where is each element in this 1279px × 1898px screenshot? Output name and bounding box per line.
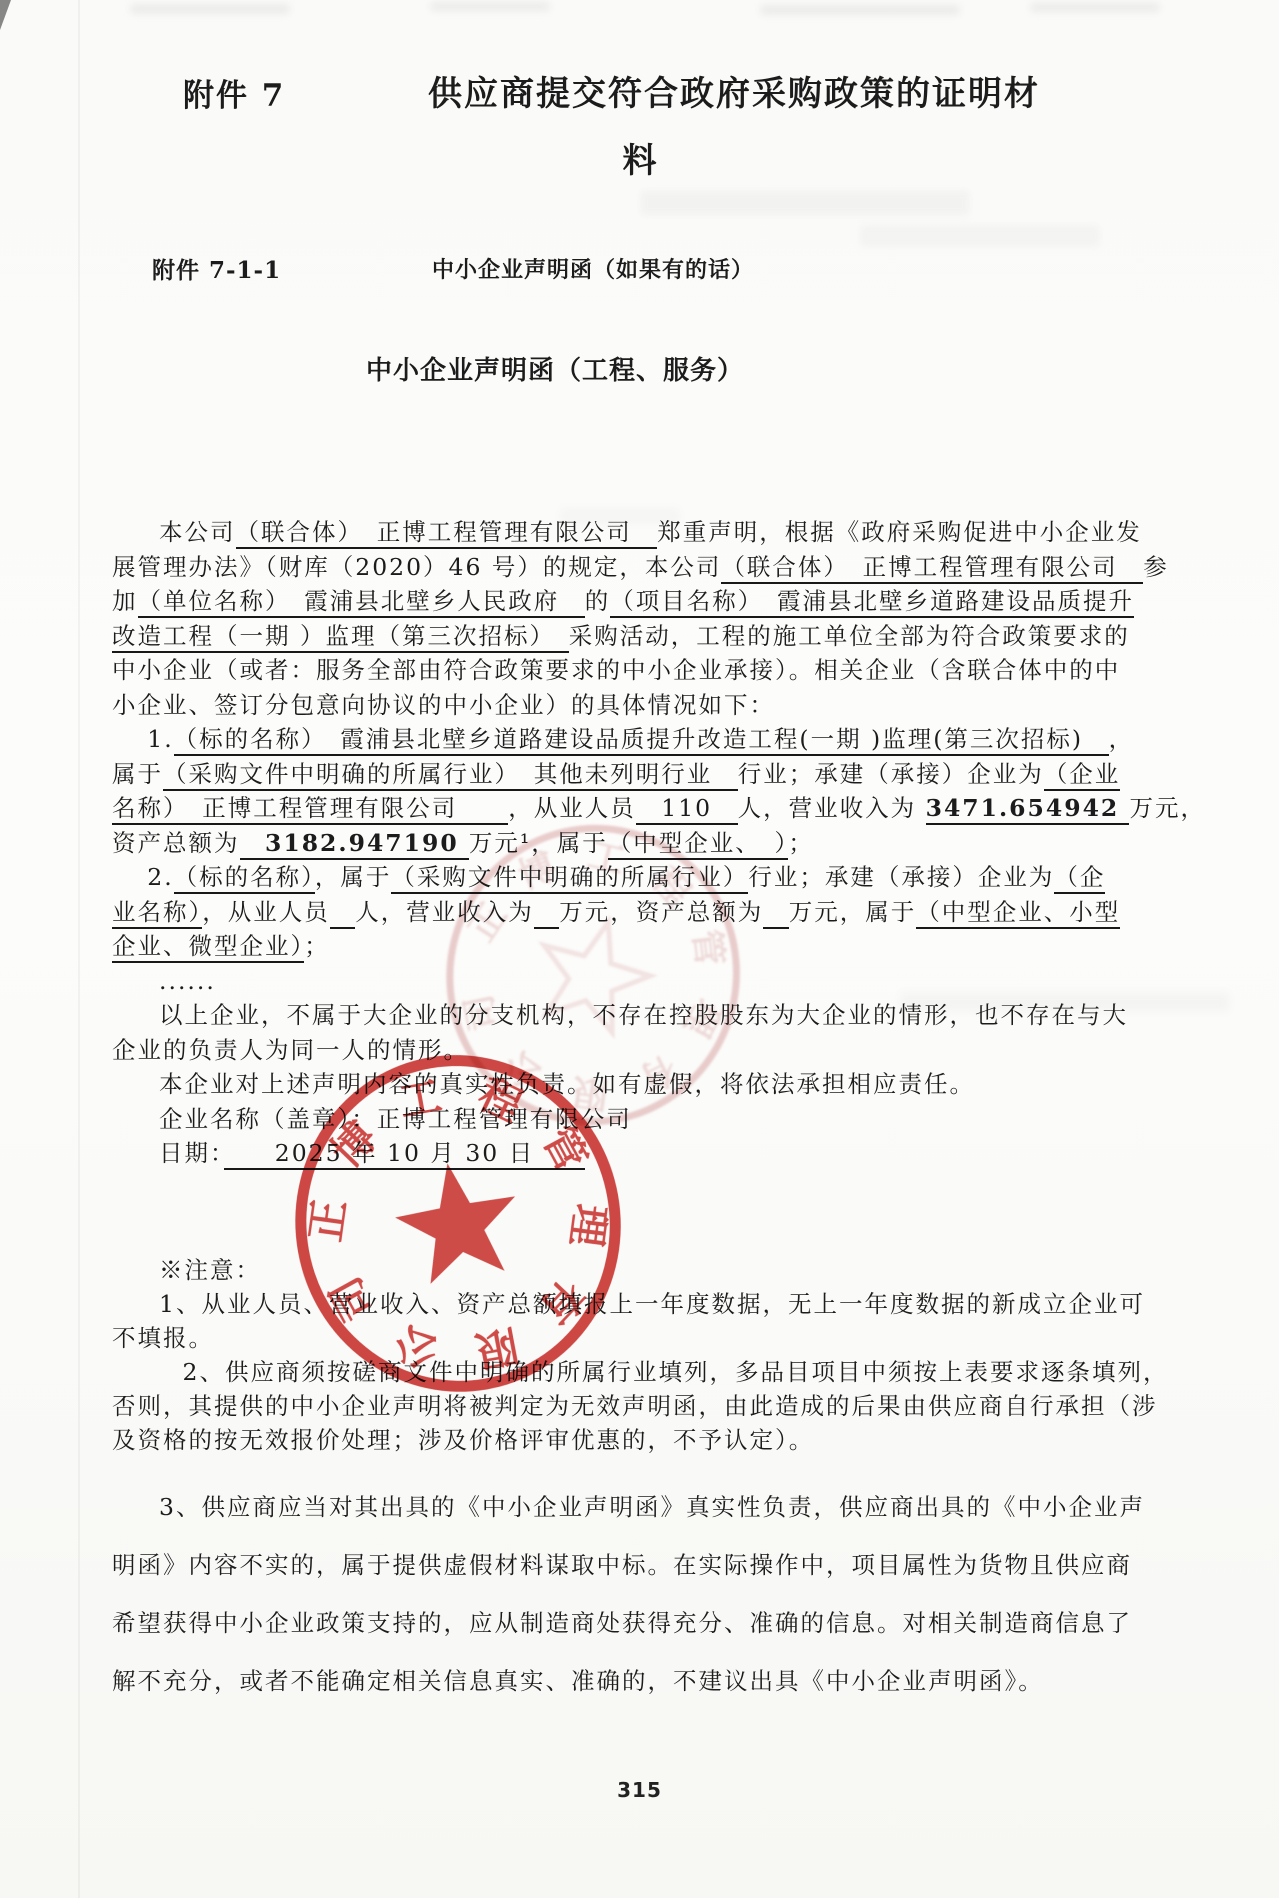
declaration-line: ......: [112, 964, 1212, 999]
declaration-line: 小企业、签订分包意向协议的中小企业）的具体情况如下：: [112, 688, 1212, 723]
declaration-line: 本公司（联合体） 正博工程管理有限公司 郑重声明，根据《政府采购促进中小企业发: [112, 515, 1212, 550]
scan-artifact: [130, 4, 290, 14]
text-segment: 资产总额为: [112, 829, 240, 857]
text-segment: （联合体） 正博工程管理有限公司: [236, 518, 658, 549]
text-segment: 中小企业（或者：服务全部由符合政策要求的中小企业承接）。相关企业（含联合体中的中: [112, 656, 1120, 684]
text-segment: ，: [1109, 725, 1135, 753]
text-segment: （中型企业、小型: [916, 898, 1120, 929]
text-segment: 展管理办法》（财库（2020）46 号）的规定，本公司: [112, 553, 721, 581]
text-segment: ......: [159, 967, 216, 995]
declaration-line: 2.（标的名称），属于（采购文件中明确的所属行业）行业；承建（承接）企业为（企: [112, 860, 1212, 895]
page-number: 315: [0, 1778, 1279, 1802]
scan-corner-mark: [0, 0, 11, 30]
text-segment: ，从业人员: [202, 898, 330, 926]
declaration-line: 名称） 正博工程管理有限公司 ，从业人员 110 人，营业收入为 3471.65…: [112, 791, 1212, 826]
text-segment: 人，营业收入为: [355, 898, 534, 926]
text-segment: 3471.654942: [926, 794, 1130, 825]
attachment-label: 附件 7: [183, 70, 285, 115]
text-segment: （标的名称） 霞浦县北壁乡道路建设品质提升改造工程(一期 )监理(第三次招标): [174, 725, 1109, 756]
declaration-line: 展管理办法》（财库（2020）46 号）的规定，本公司（联合体） 正博工程管理有…: [112, 550, 1212, 585]
declaration-line: 属于（采购文件中明确的所属行业） 其他未列明行业 行业；承建（承接）企业为（企业: [112, 757, 1212, 792]
scan-artifact: [860, 225, 1100, 247]
scan-artifact: [760, 5, 960, 15]
scan-artifact: [1030, 3, 1160, 12]
note-line: 否则，其提供的中小企业声明将被判定为无效声明函，由此造成的后果由供应商自行承担（…: [112, 1389, 1212, 1423]
document-title-line1: 供应商提交符合政府采购政策的证明材: [428, 66, 1040, 115]
text-segment: 及资格的按无效报价处理；涉及价格评审优惠的，不予认定）。: [112, 1426, 814, 1454]
sub-attachment-label: 附件 7-1-1: [152, 252, 281, 285]
note-line: 希望获得中小企业政策支持的，应从制造商处获得充分、准确的信息。对相关制造商信息了: [112, 1594, 1212, 1652]
section-title: 中小企业声明函（工程、服务）: [366, 350, 744, 387]
text-segment: [763, 898, 789, 929]
declaration-line: 企业的负责人为同一人的情形。: [112, 1033, 1212, 1068]
text-segment: 名称） 正博工程管理有限公司: [112, 794, 508, 825]
text-segment: 希望获得中小企业政策支持的，应从制造商处获得充分、准确的信息。对相关制造商信息了: [112, 1609, 1132, 1637]
note-line: 不填报。: [112, 1321, 1212, 1355]
text-segment: 本企业对上述声明内容的真实性负责。如有虚假，将依法承担相应责任。: [159, 1070, 975, 1098]
declaration-line: 业名称），从业人员 人，营业收入为 万元，资产总额为 万元，属于（中型企业、小型: [112, 895, 1212, 930]
note3-block: 3、供应商应当对其出具的《中小企业声明函》真实性负责，供应商出具的《中小企业声明…: [112, 1478, 1212, 1710]
text-segment: 万元，: [1129, 794, 1206, 822]
text-segment: 以上企业，不属于大企业的分支机构，不存在控股股东为大企业的情形，也不存在与大: [159, 1001, 1128, 1029]
text-segment: 人，营业收入为: [738, 794, 926, 822]
text-segment: （采购文件中明确的所属行业）: [391, 863, 748, 894]
text-segment: （单位名称） 霞浦县北壁乡人民政府: [138, 587, 585, 618]
text-segment: （项目名称） 霞浦县北壁乡道路建设品质提升: [610, 587, 1134, 618]
declaration-line: 改造工程（一期 ）监理（第三次招标） 采购活动，工程的施工单位全部为符合政策要求…: [112, 619, 1212, 654]
text-segment: 解不充分，或者不能确定相关信息真实、准确的，不建议出具《中小企业声明函》。: [112, 1667, 1044, 1695]
text-segment: ；: [788, 829, 814, 857]
text-segment: 1、从业人员、营业收入、资产总额填报上一年度数据，无上一年度数据的新成立企业可: [159, 1290, 1145, 1318]
declaration-line: 企业名称（盖章）：正博工程管理有限公司: [112, 1102, 1212, 1137]
note-line: 2、供应商须按磋商文件中明确的所属行业填列，多品目项目中须按上表要求逐条填列，: [112, 1355, 1212, 1389]
document-page: 附件 7 供应商提交符合政府采购政策的证明材 料 附件 7-1-1 中小企业声明…: [0, 0, 1279, 1898]
declaration-line: 本企业对上述声明内容的真实性负责。如有虚假，将依法承担相应责任。: [112, 1067, 1212, 1102]
text-segment: 参: [1143, 553, 1169, 581]
text-segment: 改造工程（一期 ）监理（第三次招标）: [112, 622, 569, 653]
text-segment: 行业；承建（承接）企业为: [748, 863, 1054, 891]
text-segment: （企: [1054, 863, 1105, 894]
note-line: 明函》内容不实的，属于提供虚假材料谋取中标。在实际操作中，项目属性为货物且供应商: [112, 1536, 1212, 1594]
text-segment: 2、供应商须按磋商文件中明确的所属行业填列，多品目项目中须按上表要求逐条填列，: [183, 1358, 1169, 1386]
text-segment: （企业: [1044, 760, 1121, 791]
text-segment: 行业；承建（承接）企业为: [738, 760, 1044, 788]
text-segment: 3、供应商应当对其出具的《中小企业声明函》真实性负责，供应商出具的《中小企业声: [159, 1493, 1145, 1521]
declaration-line: 中小企业（或者：服务全部由符合政策要求的中小企业承接）。相关企业（含联合体中的中: [112, 653, 1212, 688]
declaration-body: 本公司（联合体） 正博工程管理有限公司 郑重声明，根据《政府采购促进中小企业发展…: [112, 515, 1212, 1171]
note-line: 3、供应商应当对其出具的《中小企业声明函》真实性负责，供应商出具的《中小企业声: [112, 1478, 1212, 1536]
text-segment: ；: [304, 932, 330, 960]
text-segment: 加: [112, 587, 138, 615]
scan-crease-line: [78, 0, 80, 1898]
text-segment: 万元¹，属于: [469, 829, 608, 857]
text-segment: 郑重声明，根据《政府采购促进中小企业发: [657, 518, 1142, 546]
text-segment: 明函》内容不实的，属于提供虚假材料谋取中标。在实际操作中，项目属性为货物且供应商: [112, 1551, 1132, 1579]
text-segment: 小企业、签订分包意向协议的中小企业）的具体情况如下：: [112, 691, 775, 719]
text-segment: 本公司: [159, 518, 236, 546]
declaration-line: 加（单位名称） 霞浦县北壁乡人民政府 的（项目名称） 霞浦县北壁乡道路建设品质提…: [112, 584, 1212, 619]
scan-artifact: [430, 2, 550, 11]
text-segment: ※注意：: [159, 1256, 261, 1284]
text-segment: ，从业人员: [508, 794, 636, 822]
text-segment: 业名称）: [112, 898, 202, 929]
text-segment: 企业名称（盖章）：正博工程管理有限公司: [159, 1105, 632, 1133]
note-line: 及资格的按无效报价处理；涉及价格评审优惠的，不予认定）。: [112, 1423, 1212, 1457]
note-line: 解不充分，或者不能确定相关信息真实、准确的，不建议出具《中小企业声明函》。: [112, 1652, 1212, 1710]
text-segment: 3182.947190: [240, 829, 469, 860]
notes-block: ※注意：1、从业人员、营业收入、资产总额填报上一年度数据，无上一年度数据的新成立…: [112, 1253, 1212, 1457]
declaration-line: 企业、微型企业）；: [112, 929, 1212, 964]
text-segment: （联合体） 正博工程管理有限公司: [721, 553, 1143, 584]
text-segment: 万元，属于: [789, 898, 917, 926]
text-segment: 的: [585, 587, 611, 615]
text-segment: 2025 年 10 月 30 日: [224, 1139, 585, 1170]
note-line: ※注意：: [112, 1253, 1212, 1287]
declaration-line: 资产总额为 3182.947190 万元¹，属于（中型企业、 ）；: [112, 826, 1212, 861]
text-segment: 万元，资产总额为: [559, 898, 763, 926]
text-segment: （采购文件中明确的所属行业） 其他未列明行业: [163, 760, 738, 791]
note-line: 1、从业人员、营业收入、资产总额填报上一年度数据，无上一年度数据的新成立企业可: [112, 1287, 1212, 1321]
text-segment: [330, 898, 356, 929]
text-segment: [534, 898, 560, 929]
text-segment: 否则，其提供的中小企业声明将被判定为无效声明函，由此造成的后果由供应商自行承担（…: [112, 1392, 1158, 1420]
declaration-line: 日期： 2025 年 10 月 30 日: [112, 1136, 1212, 1171]
text-segment: 110: [636, 794, 738, 825]
text-segment: 企业的负责人为同一人的情形。: [112, 1036, 469, 1064]
text-segment: 属于: [112, 760, 163, 788]
text-segment: 日期：: [159, 1139, 224, 1167]
text-segment: 企业、微型企业）: [112, 932, 304, 963]
text-segment: ，属于: [315, 863, 392, 891]
declaration-line: 以上企业，不属于大企业的分支机构，不存在控股股东为大企业的情形，也不存在与大: [112, 998, 1212, 1033]
declaration-line: 1.（标的名称） 霞浦县北壁乡道路建设品质提升改造工程(一期 )监理(第三次招标…: [112, 722, 1212, 757]
text-segment: 不填报。: [112, 1324, 214, 1352]
document-title-line2: 料: [0, 133, 1279, 182]
sub-title: 中小企业声明函（如果有的话）: [432, 253, 754, 284]
text-segment: （中型企业、 ）: [608, 829, 789, 860]
text-segment: 1.: [147, 725, 173, 753]
text-segment: （标的名称）: [174, 863, 315, 894]
text-segment: 采购活动，工程的施工单位全部为符合政策要求的: [569, 622, 1130, 650]
scan-artifact: [640, 190, 970, 216]
text-segment: 2.: [147, 863, 173, 891]
